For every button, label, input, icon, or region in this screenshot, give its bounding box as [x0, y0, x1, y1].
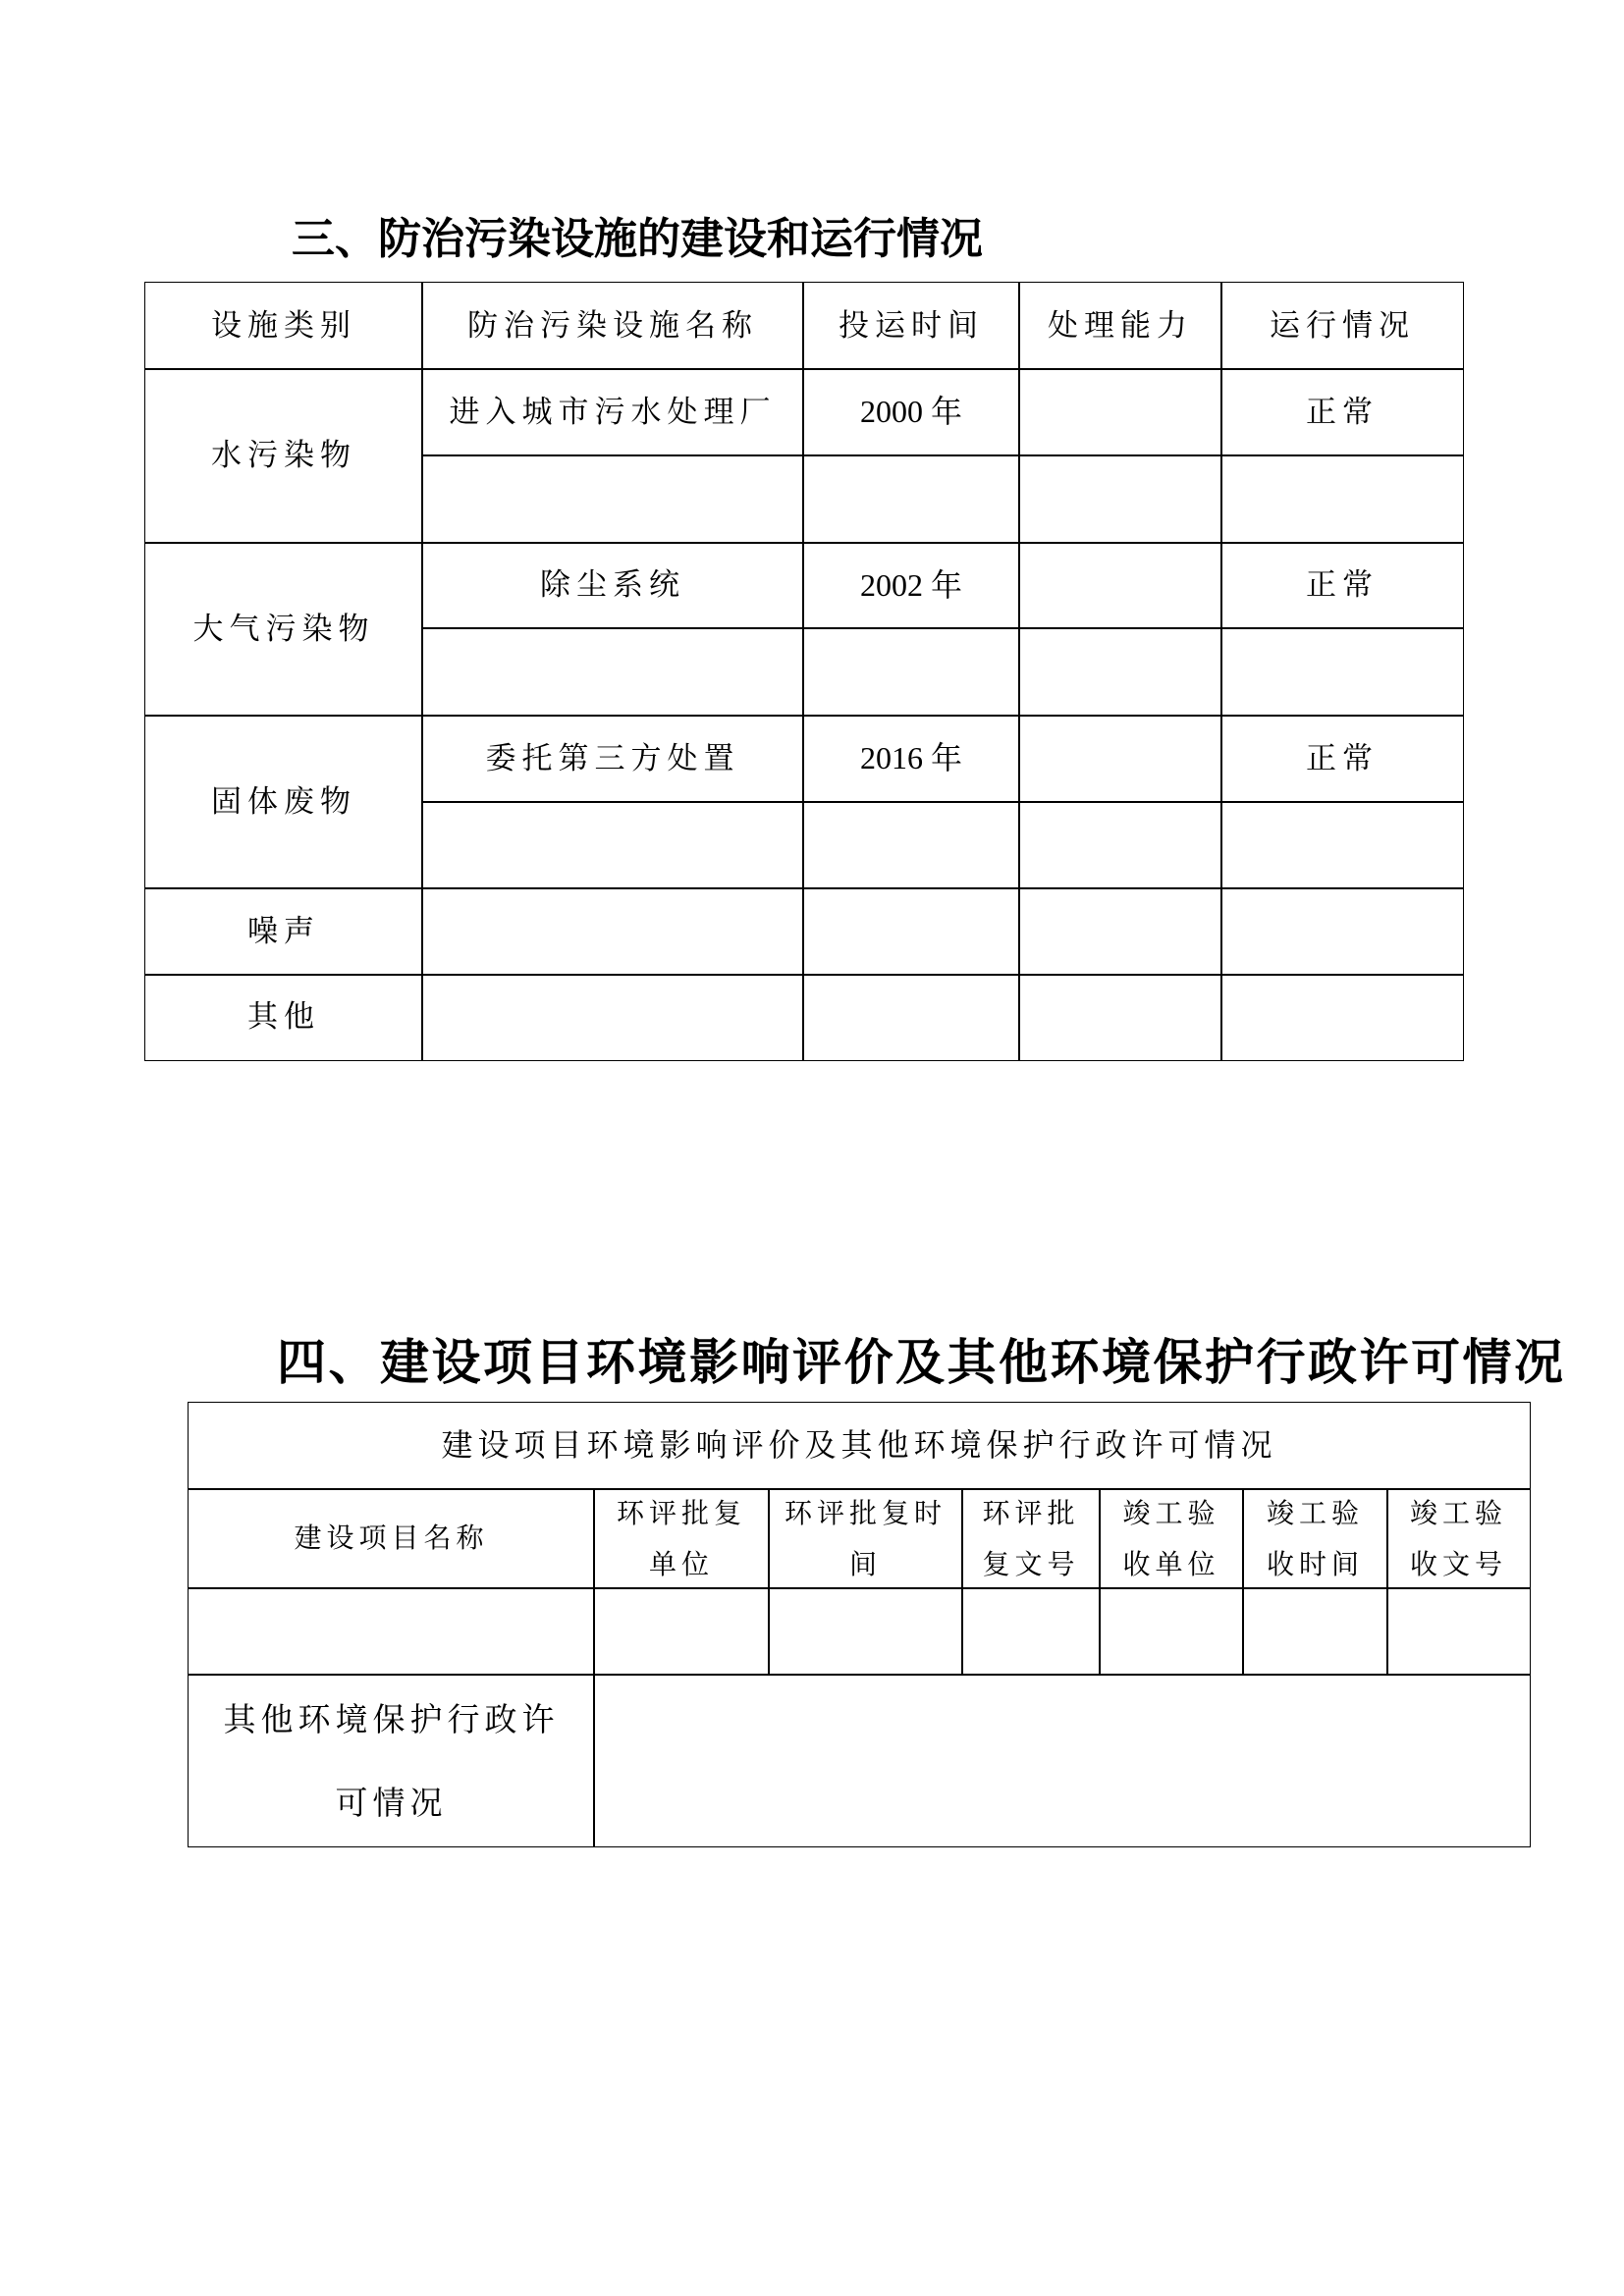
status-cell	[1220, 627, 1464, 717]
start-time-cell	[802, 627, 1020, 717]
status-cell	[1220, 974, 1464, 1061]
header-label-line2: 间	[849, 1539, 882, 1590]
header-start-time: 投运时间	[802, 282, 1020, 370]
start-time-cell	[802, 887, 1020, 976]
header-status: 运行情况	[1220, 282, 1464, 370]
acceptance-time-cell	[1242, 1587, 1388, 1676]
category-other: 其他	[144, 974, 423, 1061]
header-eia-approval-time: 环评批复时间	[768, 1488, 963, 1589]
project-name-cell	[188, 1587, 595, 1676]
header-label-line1: 竣工验	[1410, 1488, 1507, 1539]
category-solid-waste: 固体废物	[144, 715, 423, 889]
header-label: 设施类别	[211, 309, 356, 343]
header-label: 建设项目名称	[294, 1523, 488, 1554]
start-time-cell	[802, 974, 1020, 1061]
status: 正常	[1306, 742, 1379, 775]
header-label-line2: 收文号	[1410, 1539, 1507, 1590]
header-label-line1: 竣工验	[1267, 1488, 1364, 1539]
header-acceptance-time: 竣工验收时间	[1242, 1488, 1388, 1589]
start-time-cell	[802, 454, 1020, 544]
start-time: 2002 年	[860, 568, 962, 603]
facility-name-cell	[421, 974, 804, 1061]
header-label-line1: 竣工验	[1122, 1488, 1219, 1539]
facility-name-cell	[421, 887, 804, 976]
other-permits-value	[593, 1674, 1531, 1847]
status: 正常	[1306, 568, 1379, 602]
facility-name-cell: 除尘系统	[421, 542, 804, 629]
table-caption: 建设项目环境影响评价及其他环境保护行政许可情况	[188, 1402, 1531, 1490]
start-time-cell	[802, 801, 1020, 889]
facility-name-cell: 委托第三方处置	[421, 715, 804, 803]
header-label: 处理能力	[1048, 309, 1193, 343]
start-time-cell: 2002 年	[802, 542, 1020, 629]
header-label: 防治污染设施名称	[467, 309, 758, 343]
status-cell	[1220, 887, 1464, 976]
header-label-line2: 收单位	[1122, 1539, 1219, 1590]
capacity-cell	[1018, 801, 1222, 889]
acceptance-unit-cell	[1099, 1587, 1244, 1676]
acceptance-number-cell	[1386, 1587, 1531, 1676]
capacity-cell	[1018, 887, 1222, 976]
header-label-line1: 环评批复时	[785, 1488, 947, 1539]
facility-name-cell	[421, 801, 804, 889]
section-4-title: 四、建设项目环境影响评价及其他环境保护行政许可情况	[277, 1338, 1566, 1387]
other-permits-label: 其他环境保护行政许可情况	[188, 1674, 595, 1847]
status-cell: 正常	[1220, 542, 1464, 629]
capacity-cell	[1018, 627, 1222, 717]
category-label: 水污染物	[211, 439, 356, 472]
header-acceptance-number: 竣工验收文号	[1386, 1488, 1531, 1589]
status-cell: 正常	[1220, 715, 1464, 803]
label-line1: 其他环境保护行政许	[224, 1678, 560, 1761]
eia-approval-time-cell	[768, 1587, 963, 1676]
header-eia-approval-unit: 环评批复单位	[593, 1488, 770, 1589]
facility-name-cell	[421, 454, 804, 544]
category-label: 其他	[247, 1000, 320, 1034]
header-label: 运行情况	[1270, 309, 1415, 343]
section-3-title: 三、防治污染设施的建设和运行情况	[292, 218, 983, 261]
category-label: 大气污染物	[193, 613, 375, 646]
header-facility-name: 防治污染设施名称	[421, 282, 804, 370]
category-label: 固体废物	[211, 785, 356, 819]
caption-text: 建设项目环境影响评价及其他环境保护行政许可情况	[441, 1428, 1276, 1463]
status: 正常	[1306, 396, 1379, 429]
start-time-cell: 2016 年	[802, 715, 1020, 803]
capacity-cell	[1018, 974, 1222, 1061]
header-label-line2: 收时间	[1267, 1539, 1364, 1590]
capacity-cell	[1018, 715, 1222, 803]
header-label-line1: 环评批	[982, 1488, 1079, 1539]
status-cell: 正常	[1220, 368, 1464, 456]
facility-name-cell: 进入城市污水处理厂	[421, 368, 804, 456]
header-eia-approval-number: 环评批复文号	[961, 1488, 1101, 1589]
status-cell	[1220, 454, 1464, 544]
header-facility-category: 设施类别	[144, 282, 423, 370]
category-noise: 噪声	[144, 887, 423, 976]
label-line2: 可情况	[336, 1761, 448, 1844]
start-time-cell: 2000 年	[802, 368, 1020, 456]
capacity-cell	[1018, 368, 1222, 456]
eia-approval-unit-cell	[593, 1587, 770, 1676]
facility-name: 进入城市污水处理厂	[450, 396, 777, 429]
eia-approval-number-cell	[961, 1587, 1101, 1676]
header-acceptance-unit: 竣工验收单位	[1099, 1488, 1244, 1589]
header-project-name: 建设项目名称	[188, 1488, 595, 1589]
facility-name-cell	[421, 627, 804, 717]
header-label-line2: 复文号	[982, 1539, 1079, 1590]
category-water-pollutants: 水污染物	[144, 368, 423, 544]
start-time: 2000 年	[860, 395, 962, 429]
category-label: 噪声	[247, 915, 320, 948]
header-capacity: 处理能力	[1018, 282, 1222, 370]
category-air-pollutants: 大气污染物	[144, 542, 423, 717]
status-cell	[1220, 801, 1464, 889]
start-time: 2016 年	[860, 741, 962, 775]
header-label-line1: 环评批复	[617, 1488, 746, 1539]
header-label: 投运时间	[839, 309, 984, 343]
capacity-cell	[1018, 454, 1222, 544]
facility-name: 委托第三方处置	[486, 742, 740, 775]
facility-name: 除尘系统	[540, 568, 685, 602]
capacity-cell	[1018, 542, 1222, 629]
header-label-line2: 单位	[649, 1539, 714, 1590]
